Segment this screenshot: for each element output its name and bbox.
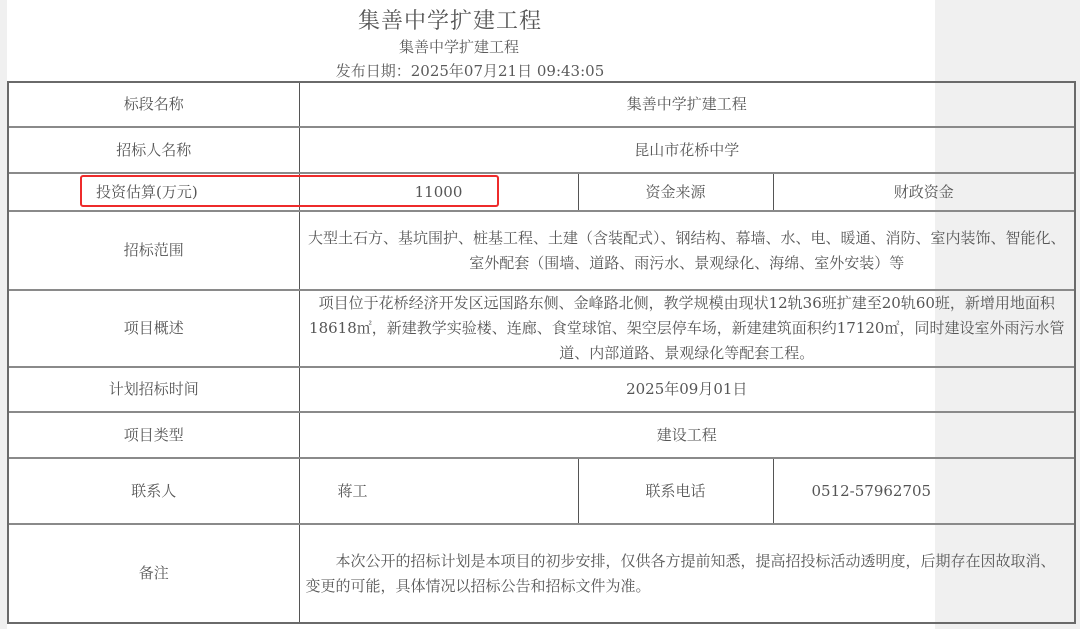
investment-value: 11000 (299, 173, 578, 211)
row-overview: 项目概述 项目位于花桥经济开发区远国路东侧、金峰路北侧，教学规模由现状12轨36… (8, 290, 1075, 367)
row-remarks: 备注 本次公开的招标计划是本项目的初步安排，仅供各方提前知悉，提高招投标活动透明… (8, 524, 1075, 623)
tender-plan-table: 标段名称 集善中学扩建工程 招标人名称 昆山市花桥中学 投资估算(万元) 110… (7, 81, 1076, 624)
row-contact: 联系人 蒋工 联系电话 0512-57962705 (8, 458, 1075, 524)
publish-date: 发布日期：2025年07月21日 09:43:05 (0, 60, 940, 81)
phone-value: 0512-57962705 (773, 458, 1075, 524)
page-subtitle: 集善中学扩建工程 (0, 36, 918, 57)
remarks-label: 备注 (8, 524, 299, 623)
page-title: 集善中学扩建工程 (0, 4, 900, 35)
overview-value: 项目位于花桥经济开发区远国路东侧、金峰路北侧，教学规模由现状12轨36班扩建至2… (299, 290, 1075, 367)
row-investment: 投资估算(万元) 11000 资金来源 财政资金 (8, 173, 1075, 211)
planned-time-label: 计划招标时间 (8, 367, 299, 412)
fund-source-label: 资金来源 (578, 173, 773, 211)
contact-value: 蒋工 (299, 458, 578, 524)
contact-label: 联系人 (8, 458, 299, 524)
section-name-label: 标段名称 (8, 82, 299, 127)
row-tenderer: 招标人名称 昆山市花桥中学 (8, 127, 1075, 173)
phone-label: 联系电话 (578, 458, 773, 524)
project-type-label: 项目类型 (8, 412, 299, 458)
project-type-value: 建设工程 (299, 412, 1075, 458)
row-section-name: 标段名称 集善中学扩建工程 (8, 82, 1075, 127)
left-margin-strip (0, 0, 7, 629)
scope-value: 大型土石方、基坑围护、桩基工程、土建（含装配式）、钢结构、幕墙、水、电、暖通、消… (299, 211, 1075, 290)
scope-label: 招标范围 (8, 211, 299, 290)
tenderer-value: 昆山市花桥中学 (299, 127, 1075, 173)
section-name-value: 集善中学扩建工程 (299, 82, 1075, 127)
tenderer-label: 招标人名称 (8, 127, 299, 173)
remarks-value: 本次公开的招标计划是本项目的初步安排，仅供各方提前知悉，提高招投标活动透明度，后… (299, 524, 1075, 623)
overview-label: 项目概述 (8, 290, 299, 367)
row-planned-time: 计划招标时间 2025年09月01日 (8, 367, 1075, 412)
investment-label: 投资估算(万元) (8, 173, 299, 211)
row-project-type: 项目类型 建设工程 (8, 412, 1075, 458)
fund-source-value: 财政资金 (773, 173, 1075, 211)
planned-time-value: 2025年09月01日 (299, 367, 1075, 412)
row-scope: 招标范围 大型土石方、基坑围护、桩基工程、土建（含装配式）、钢结构、幕墙、水、电… (8, 211, 1075, 290)
